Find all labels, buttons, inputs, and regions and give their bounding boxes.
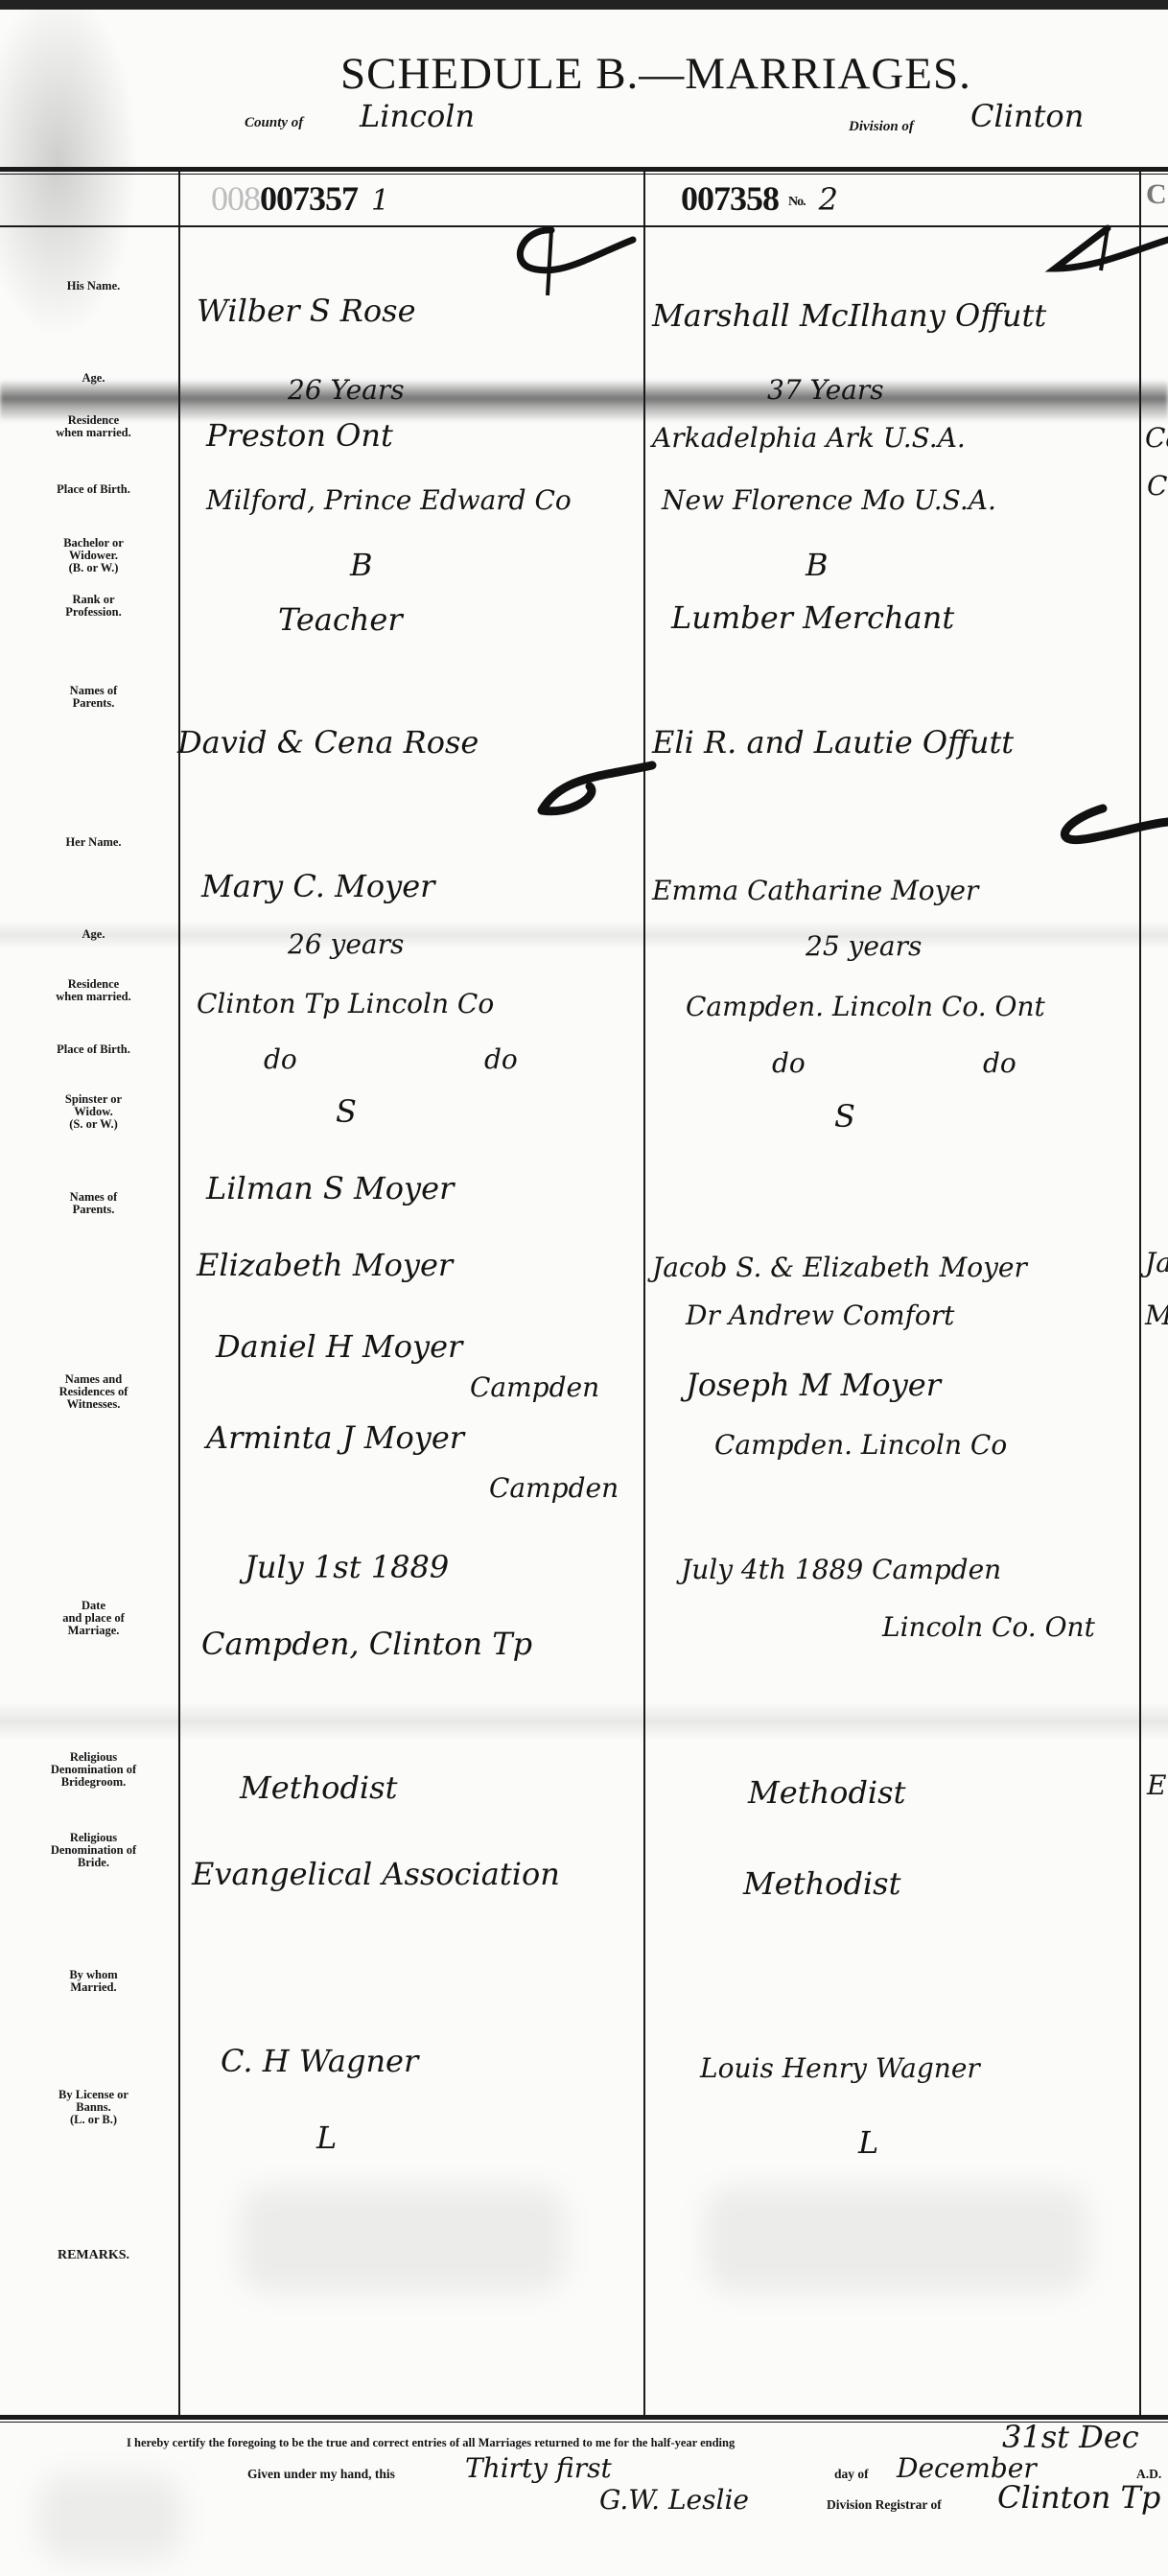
partial-column-fragment: Er [1147, 1769, 1168, 1801]
label-date-place: Dateand place ofMarriage. [0, 1600, 187, 1637]
denomination-bride: Methodist [743, 1865, 900, 1902]
certification-text: I hereby certify the foregoing to be the… [127, 2436, 735, 2450]
bride-birthplace-do-2: do [983, 1047, 1016, 1079]
witness-1-name: Daniel H Moyer [216, 1328, 462, 1365]
groom-name: Wilber S Rose [197, 293, 416, 329]
label-witnesses: Names andResidences ofWitnesses. [0, 1373, 187, 1411]
label-bachelor-widower: Bachelor orWidower.(B. or W.) [0, 537, 187, 574]
bride-birthplace-do-1: do [772, 1047, 806, 1079]
bride-status: S [834, 1098, 855, 1135]
record-number: 008007357 1 [211, 178, 388, 219]
witness-2-name: Arminta J Moyer [206, 1419, 464, 1456]
partial-column-fragment: Ja [1145, 1247, 1168, 1278]
groom-parents: Eli R. and Lautie Offutt [652, 724, 1014, 761]
faded-blotch [705, 2187, 1088, 2292]
division-registrar-label: Division Registrar of [827, 2497, 942, 2513]
marriage-place: Lincoln Co. Ont [882, 1611, 1095, 1643]
bride-age: 26 years [288, 928, 404, 960]
faded-blotch [38, 2474, 182, 2561]
witness-2-residence: Campden. Lincoln Co [714, 1429, 1007, 1461]
light-smudge-band [0, 1702, 1168, 1741]
bride-status: S [336, 1093, 357, 1130]
record-column-divider [643, 167, 645, 2416]
registrar-division-value: Clinton Tp [997, 2479, 1160, 2516]
page-title: SCHEDULE B.—MARRIAGES. [340, 48, 971, 100]
groom-status: B [350, 547, 373, 583]
faded-blotch [240, 2187, 566, 2292]
label-license-banns: By License orBanns.(L. or B.) [0, 2089, 187, 2126]
bottom-double-rule-thin [0, 2422, 1168, 2423]
bride-birthplace-do-1: do [264, 1043, 297, 1075]
label-her-residence: Residencewhen married. [0, 978, 187, 1003]
division-label: Division of [849, 119, 914, 135]
label-rank-profession: Rank orProfession. [0, 594, 187, 619]
label-by-whom: By whomMarried. [0, 1969, 187, 1994]
groom-profession: Teacher [278, 601, 403, 638]
officiant: Louis Henry Wagner [700, 2052, 980, 2084]
groom-residence: Preston Ont [206, 417, 393, 454]
groom-age: 26 Years [288, 374, 405, 406]
label-her-name: Her Name. [0, 836, 187, 849]
groom-age: 37 Years [767, 374, 884, 406]
day-of-label: day of [834, 2467, 869, 2482]
marriage-date: July 1st 1889 [245, 1549, 449, 1585]
half-year-ending-value: 31st Dec [1002, 2419, 1139, 2455]
bride-residence: Clinton Tp Lincoln Co [197, 988, 494, 1019]
license-or-banns: L [858, 2124, 878, 2161]
given-day-value: Thirty first [465, 2452, 612, 2484]
partial-column-fragment: Ca [1145, 422, 1168, 454]
label-denom-groom: ReligiousDenomination ofBridegroom. [0, 1751, 187, 1789]
partial-column-fragment: Cu [1147, 470, 1168, 502]
groom-name: Marshall McIlhany Offutt [652, 297, 1046, 334]
label-column-divider [178, 167, 180, 2416]
label-place-of-birth: Place of Birth. [0, 483, 187, 496]
county-value: Lincoln [360, 98, 475, 134]
label-remarks: REMARKS. [0, 2249, 187, 2261]
entry-flourish-icon [1045, 801, 1168, 849]
witness-2-name: Joseph M Moyer [686, 1367, 941, 1403]
entry-flourish-icon [494, 219, 638, 305]
groom-parents: David & Cena Rose [177, 724, 479, 761]
label-her-age: Age. [0, 928, 187, 941]
bride-name: Emma Catharine Moyer [652, 875, 978, 906]
officiant: C. H Wagner [221, 2043, 418, 2079]
record-column-divider [1139, 167, 1141, 2416]
partial-column-fragment: M [1145, 1300, 1168, 1331]
denomination-groom: Methodist [748, 1774, 905, 1811]
witness-2-residence: Campden [489, 1472, 619, 1504]
bride-birthplace-do-2: do [484, 1043, 518, 1075]
marriage-date: July 4th 1889 Campden [681, 1554, 1001, 1585]
bride-parents-mother: Elizabeth Moyer [197, 1247, 453, 1283]
given-under-hand-label: Given under my hand, this [247, 2467, 395, 2482]
top-double-rule-thin [0, 174, 1168, 175]
bride-parents-father: Lilman S Moyer [206, 1170, 454, 1206]
label-her-place-of-birth: Place of Birth. [0, 1043, 187, 1056]
county-label: County of [245, 115, 303, 131]
record-number: 007358No. 2 [681, 178, 837, 219]
license-or-banns: L [316, 2119, 337, 2156]
bride-age: 25 years [806, 930, 922, 962]
label-residence: Residencewhen married. [0, 414, 187, 439]
label-his-parents: Names ofParents. [0, 685, 187, 710]
top-double-rule [0, 167, 1168, 172]
witness-1-name: Dr Andrew Comfort [686, 1300, 954, 1331]
groom-residence: Arkadelphia Ark U.S.A. [652, 422, 966, 454]
groom-birthplace: Milford, Prince Edward Co [206, 484, 572, 516]
label-age: Age. [0, 372, 187, 385]
bottom-double-rule [0, 2415, 1168, 2420]
groom-profession: Lumber Merchant [671, 599, 954, 636]
denomination-groom: Methodist [240, 1769, 397, 1806]
bride-parents: Jacob S. & Elizabeth Moyer [652, 1252, 1027, 1283]
bride-residence: Campden. Lincoln Co. Ont [686, 991, 1045, 1022]
label-her-parents: Names ofParents. [0, 1191, 187, 1216]
label-denom-bride: ReligiousDenomination ofBride. [0, 1832, 187, 1869]
division-value: Clinton [970, 98, 1084, 134]
label-his-name: His Name. [0, 280, 187, 293]
partial-record-number: C [1146, 178, 1166, 211]
groom-status: B [806, 547, 829, 583]
entry-flourish-icon [1036, 222, 1168, 280]
marriage-place: Campden, Clinton Tp [201, 1626, 532, 1662]
witness-1-residence: Campden [470, 1371, 599, 1403]
groom-birthplace: New Florence Mo U.S.A. [662, 484, 996, 516]
denomination-bride: Evangelical Association [192, 1856, 560, 1892]
bride-name: Mary C. Moyer [201, 868, 434, 904]
registrar-signature: G.W. Leslie [599, 2484, 749, 2516]
entry-flourish-icon [532, 758, 657, 825]
label-spinster-widow: Spinster orWidow.(S. or W.) [0, 1093, 187, 1131]
marriage-register-page: SCHEDULE B.—MARRIAGES. County of Lincoln… [0, 0, 1168, 2576]
